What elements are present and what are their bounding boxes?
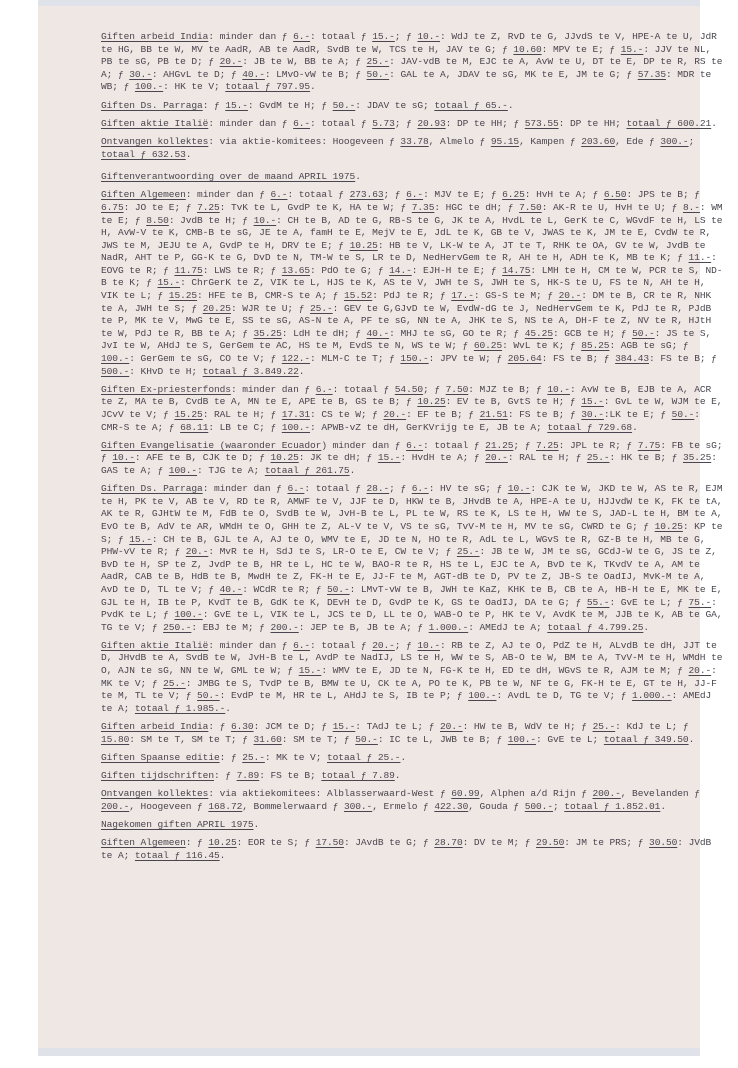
underlined-text: 29.50 (536, 837, 564, 848)
text: : AvdL te D, TG te V; ƒ (496, 690, 632, 701)
text: : ƒ (208, 721, 231, 732)
text: : HvdH te A; ƒ (400, 452, 485, 463)
underlined-text: 10.- (547, 384, 570, 395)
underlined-text: Giften Ex-priesterfonds (101, 384, 231, 395)
underlined-text: Giften Algemeen (101, 189, 186, 200)
text: : WJR te U; ƒ (231, 303, 310, 314)
text: : JvdB te H; ƒ (169, 215, 254, 226)
text: . (350, 465, 356, 476)
underlined-text: 100.- (468, 690, 496, 701)
text: ; ƒ (423, 384, 446, 395)
paragraph-giften-arbeid-india-1: Giften arbeid India: minder dan ƒ 6.-: t… (101, 31, 723, 94)
text: : MHJ te sG, GO te R; ƒ (389, 328, 525, 339)
underlined-text: 573.55 (525, 118, 559, 129)
underlined-text: Giften arbeid India (101, 721, 208, 732)
text: : ƒ (186, 837, 209, 848)
text: : PdO te G; ƒ (310, 265, 389, 276)
underlined-text: totaal ƒ 4.799.25 (547, 622, 643, 633)
text: : minder dan ƒ (231, 384, 316, 395)
paragraph-nagekomen-giften-algemeen: Giften Algemeen: ƒ 10.25: EOR te S; ƒ 17… (101, 837, 723, 862)
paragraph-giften-evangelisatie: Giften Evangelisatie (waaronder Ecuador)… (101, 440, 723, 478)
text: : GvdM te H; ƒ (248, 100, 333, 111)
underlined-text: 45.25 (525, 328, 553, 339)
underlined-text: 15.- (621, 44, 644, 55)
paragraph-giften-arbeid-india-2: Giften arbeid India: ƒ 6.30: JCM te D; ƒ… (101, 721, 723, 746)
underlined-text: 33.78 (400, 136, 428, 147)
underlined-text: Giften aktie Italië (101, 640, 208, 651)
underlined-text: 68.11 (180, 422, 208, 433)
underlined-text: totaal ƒ 729.68 (547, 422, 632, 433)
text: , Alphen a/d Rijn ƒ (480, 788, 593, 799)
text: : DP te HH; ƒ (446, 118, 525, 129)
underlined-text: 25.- (310, 303, 333, 314)
text: . (660, 801, 666, 812)
text: . (220, 850, 226, 861)
underlined-text: 50.- (367, 69, 390, 80)
underlined-text: 7.50 (519, 202, 542, 213)
paragraph-giften-aktie-italie-1: Giften aktie Italië: minder dan ƒ 6.-: t… (101, 118, 723, 131)
underlined-text: Ontvangen kollektes (101, 788, 208, 799)
underlined-text: 10.60 (513, 44, 541, 55)
underlined-text: 10.- (417, 31, 440, 42)
underlined-text: 15.- (129, 534, 152, 545)
text: : HK te V; (163, 81, 225, 92)
text: , Gouda ƒ (468, 801, 525, 812)
text: : JO te E; ƒ (124, 202, 197, 213)
underlined-text: 28.- (367, 483, 390, 494)
text: : HV te sG; ƒ (429, 483, 508, 494)
text: . (299, 366, 305, 377)
text: : totaal ƒ (287, 189, 349, 200)
text: . (186, 149, 192, 160)
text: : ƒ (203, 100, 226, 111)
underlined-text: 500.- (525, 801, 553, 812)
underlined-text: 7.89 (237, 770, 260, 781)
paragraph-giften-algemeen: Giften Algemeen: minder dan ƒ 6.-: totaa… (101, 189, 723, 378)
text: : DP te HH; (559, 118, 627, 129)
underlined-text: 6.- (287, 483, 304, 494)
text: , Bevelanden ƒ (621, 788, 700, 799)
text: : MJV te E; ƒ (423, 189, 502, 200)
text: : minder dan ƒ (208, 31, 293, 42)
underlined-text: 15.25 (174, 409, 202, 420)
text: : SM te T; ƒ (282, 734, 355, 745)
underlined-text: 100.- (101, 353, 129, 364)
underlined-text: 5.73 (372, 118, 395, 129)
underlined-text: 10.- (417, 640, 440, 651)
underlined-text: 6.- (293, 31, 310, 42)
text: : JB te W, BB te A; ƒ (242, 56, 366, 67)
text: : SM te T, SM te T; ƒ (129, 734, 253, 745)
underlined-text: totaal ƒ 116.45 (135, 850, 220, 861)
underlined-text: 50.- (355, 734, 378, 745)
underlined-text: 13.65 (282, 265, 310, 276)
underlined-text: 14.75 (502, 265, 530, 276)
underlined-text: 20.- (372, 640, 395, 651)
underlined-text: 25.- (367, 56, 390, 67)
text: : EJH-H te E; ƒ (412, 265, 502, 276)
underlined-text: 15.- (333, 721, 356, 732)
text: ; ƒ (513, 440, 536, 451)
underlined-text: 15.80 (101, 734, 129, 745)
text: : EOR te S; ƒ (237, 837, 316, 848)
text: : totaal ƒ (310, 118, 372, 129)
underlined-text: totaal ƒ 600.21 (626, 118, 711, 129)
underlined-text: 1.000.- (429, 622, 469, 633)
text: : MPV te E; ƒ (542, 44, 621, 55)
underlined-text: 20.- (384, 409, 407, 420)
underlined-text: 10.- (112, 452, 135, 463)
underlined-text: 122.- (282, 353, 310, 364)
text: . (254, 819, 260, 830)
underlined-text: 20.- (220, 56, 243, 67)
text: : ƒ (220, 752, 243, 763)
underlined-text: 21.51 (480, 409, 508, 420)
underlined-text: Giften Evangelisatie (waaronder Ecuador (101, 440, 321, 451)
underlined-text: 54.50 (395, 384, 423, 395)
underlined-text: totaal ƒ 1.852.01 (564, 801, 660, 812)
underlined-text: 50.- (672, 409, 695, 420)
underlined-text: 55.- (587, 597, 610, 608)
paragraph-giften-tijdschriften: Giften tijdschriften: ƒ 7.89: FS te B; t… (101, 770, 723, 783)
underlined-text: 20.- (485, 452, 508, 463)
underlined-text: 57.35 (638, 69, 666, 80)
underlined-text: totaal ƒ 7.89 (321, 770, 394, 781)
text: : MJZ te B; ƒ (468, 384, 547, 395)
underlined-text: 25.- (587, 452, 610, 463)
underlined-text: 6.- (406, 189, 423, 200)
text: : minder dan ƒ (203, 483, 288, 494)
underlined-text: 273.63 (350, 189, 384, 200)
underlined-text: 6.50 (604, 189, 627, 200)
underlined-text: totaal ƒ 632.53 (101, 149, 186, 160)
underlined-text: 384.43 (615, 353, 649, 364)
underlined-text: 6.- (316, 384, 333, 395)
underlined-text: 6.- (406, 440, 423, 451)
underlined-text: 7.75 (638, 440, 661, 451)
text: : GerGem te sG, CO te V; ƒ (129, 353, 282, 364)
text: : HvH te A; ƒ (525, 189, 604, 200)
text: : AGB te sG; ƒ (609, 340, 688, 351)
text: : JEP te B, JB te A; ƒ (299, 622, 429, 633)
text: , Almelo ƒ (429, 136, 491, 147)
text: : FS te B; ƒ (508, 409, 581, 420)
text: : DV te M; ƒ (463, 837, 536, 848)
underlined-text: 14.- (389, 265, 412, 276)
underlined-text: 20.- (689, 665, 712, 676)
text: : AK-R te U, HvH te U; ƒ (542, 202, 683, 213)
underlined-text: 6.- (293, 118, 310, 129)
text: : AMEdJ te A; (468, 622, 547, 633)
underlined-text: 10.25 (417, 396, 445, 407)
underlined-text: 40.- (242, 69, 265, 80)
text: : via aktie-komitees: Hoogeveen ƒ (208, 136, 400, 147)
underlined-text: 60.25 (474, 340, 502, 351)
text: ; ƒ (389, 483, 412, 494)
underlined-text: 15.- (372, 31, 395, 42)
underlined-text: 6.75 (101, 202, 124, 213)
paragraph-giften-ds-parraga-2: Giften Ds. Parraga: minder dan ƒ 6.-: to… (101, 483, 723, 634)
underlined-text: totaal ƒ 261.75 (265, 465, 350, 476)
underlined-text: 60.99 (451, 788, 479, 799)
text: : HW te B, WdV te H; ƒ (463, 721, 593, 732)
text: ; ƒ (395, 118, 418, 129)
text: : minder dan ƒ (208, 118, 293, 129)
underlined-text: 15.- (225, 100, 248, 111)
text: : GvE te L; ƒ (609, 597, 688, 608)
underlined-text: Giften Ds. Parraga (101, 483, 203, 494)
text: : LB te C; ƒ (208, 422, 281, 433)
text: . (508, 100, 514, 111)
text: : JK te dH; ƒ (299, 452, 378, 463)
underlined-text: 50.- (327, 584, 350, 595)
text: : totaal ƒ (304, 483, 366, 494)
underlined-text: 1.000.- (632, 690, 672, 701)
underlined-text: 10.- (254, 215, 277, 226)
underlined-text: 100.- (174, 609, 202, 620)
underlined-text: 20.- (440, 721, 463, 732)
underlined-text: 85.25 (581, 340, 609, 351)
underlined-text: 6.25 (502, 189, 525, 200)
text: : GAL te A, JDAV te sG, MK te E, JM te G… (389, 69, 638, 80)
underlined-text: 40.- (367, 328, 390, 339)
text: : WCdR te R; ƒ (242, 584, 327, 595)
text: . (355, 171, 361, 182)
text: . (225, 703, 231, 714)
underlined-text: 15.25 (169, 290, 197, 301)
text: : LWS te R; ƒ (203, 265, 282, 276)
underlined-text: 15.- (378, 452, 401, 463)
underlined-text: 10.25 (350, 240, 378, 251)
text: : MvR te H, SdJ te S, LR-O te E, CW te V… (208, 546, 457, 557)
text: . (400, 752, 406, 763)
text: : JDAV te sG; (355, 100, 434, 111)
text: : WvL te K; ƒ (502, 340, 581, 351)
underlined-text: Giften Algemeen (101, 837, 186, 848)
text: ; (689, 136, 695, 147)
text: : minder dan ƒ (208, 640, 293, 651)
underlined-text: totaal ƒ 65.- (434, 100, 507, 111)
underlined-text: Giften tijdschriften (101, 770, 214, 781)
typed-page: Giften arbeid India: minder dan ƒ 6.-: t… (38, 0, 700, 1056)
underlined-text: 168.72 (208, 801, 242, 812)
underlined-text: 25.- (163, 678, 186, 689)
underlined-text: Giftenverantwoording over de maand APRIL… (101, 171, 355, 182)
text: : RAL te H; ƒ (203, 409, 282, 420)
underlined-text: 15.52 (344, 290, 372, 301)
underlined-text: 200.- (101, 801, 129, 812)
underlined-text: 40.- (220, 584, 243, 595)
underlined-text: 28.70 (434, 837, 462, 848)
text: : RAL te H; ƒ (508, 452, 587, 463)
text: . (395, 770, 401, 781)
text: : JPL te R; ƒ (559, 440, 638, 451)
text: :LK te E; ƒ (604, 409, 672, 420)
text: : GvE te L; (536, 734, 604, 745)
underlined-text: Giften arbeid India (101, 31, 208, 42)
paragraph-ontvangen-kollektes-2: Ontvangen kollektes: via aktiekomitees: … (101, 788, 723, 813)
underlined-text: 150.- (400, 353, 428, 364)
text: : AFE te B, CJK te D; ƒ (135, 452, 271, 463)
text: ; ƒ (384, 189, 407, 200)
paragraph-giften-spaanse-editie: Giften Spaanse editie: ƒ 25.-: MK te V; … (101, 752, 723, 765)
underlined-text: 35.25 (254, 328, 282, 339)
underlined-text: 10.- (508, 483, 531, 494)
underlined-text: 25.- (593, 721, 616, 732)
underlined-text: 20.- (559, 290, 582, 301)
underlined-text: 200.- (593, 788, 621, 799)
underlined-text: 30.- (129, 69, 152, 80)
underlined-text: 95.15 (491, 136, 519, 147)
underlined-text: 15.- (581, 396, 604, 407)
underlined-text: 15.- (299, 665, 322, 676)
underlined-text: 75.- (689, 597, 712, 608)
underlined-text: 20.- (186, 546, 209, 557)
text: : JPS te B; ƒ (626, 189, 699, 200)
text: ) minder dan ƒ (321, 440, 406, 451)
text: : APWB-vZ te dH, GerKVrijg te E, JB te A… (310, 422, 547, 433)
text: : totaal ƒ (423, 440, 485, 451)
text: : WMV te E, JD te N, FG-K te H, ED te dH… (321, 665, 688, 676)
text: : LMvO-vW te B; ƒ (265, 69, 367, 80)
text: : IC te L, JWB te B; ƒ (378, 734, 508, 745)
document-body: Giften arbeid India: minder dan ƒ 6.-: t… (101, 31, 723, 868)
text: . (711, 118, 717, 129)
text: . (632, 422, 638, 433)
underlined-text: 100.- (169, 465, 197, 476)
text: : minder dan ƒ (186, 189, 271, 200)
underlined-text: 50.- (197, 690, 220, 701)
text: : TvK te L, GvdP te K, HA te W; ƒ (220, 202, 412, 213)
underlined-text: 200.- (270, 622, 298, 633)
text: : JCM te D; ƒ (254, 721, 333, 732)
text: : totaal ƒ (310, 640, 372, 651)
underlined-text: 30.- (581, 409, 604, 420)
underlined-text: 500.- (101, 366, 129, 377)
text: : TJG te A; (197, 465, 265, 476)
text: : FS te B; (259, 770, 321, 781)
text: ; ƒ (395, 31, 418, 42)
text: : ƒ (214, 770, 237, 781)
underlined-text: 203.60 (581, 136, 615, 147)
underlined-text: 8.- (683, 202, 700, 213)
text: : via aktiekomitees: Alblasserwaard-West… (208, 788, 451, 799)
underlined-text: Giften aktie Italië (101, 118, 208, 129)
underlined-text: 25.- (242, 752, 265, 763)
underlined-text: totaal ƒ 797.95 (225, 81, 310, 92)
paragraph-giften-ds-parraga-1: Giften Ds. Parraga: ƒ 15.-: GvdM te H; ƒ… (101, 100, 723, 113)
text: : EvdP te M, HR te L, AHdJ te S, IB te P… (220, 690, 469, 701)
underlined-text: Giften Ds. Parraga (101, 100, 203, 111)
underlined-text: 7.25 (197, 202, 220, 213)
underlined-text: 17.31 (282, 409, 310, 420)
underlined-text: 11.75 (174, 265, 202, 276)
underlined-text: Nagekomen giften APRIL 1975 (101, 819, 254, 830)
paragraph-heading-nagekomen-giften: Nagekomen giften APRIL 1975. (101, 819, 723, 832)
text: : JAvdB te G; ƒ (344, 837, 434, 848)
underlined-text: totaal ƒ 1.985.- (135, 703, 225, 714)
underlined-text: 100.- (282, 422, 310, 433)
text: : KHvD te H; (129, 366, 202, 377)
underlined-text: 205.64 (508, 353, 542, 364)
text: : EV te B, GvtS te H; ƒ (446, 396, 582, 407)
underlined-text: 10.25 (208, 837, 236, 848)
text: : JPV te W; ƒ (429, 353, 508, 364)
underlined-text: 25.- (457, 546, 480, 557)
underlined-text: 50.- (632, 328, 655, 339)
text: : totaal ƒ (333, 384, 395, 395)
underlined-text: 7.25 (536, 440, 559, 451)
underlined-text: 50.- (333, 100, 356, 111)
underlined-text: 300.- (344, 801, 372, 812)
text: : HFE te B, CMR-S te A; ƒ (197, 290, 344, 301)
text: ; ƒ (395, 640, 418, 651)
text: : HGC te dH; ƒ (434, 202, 519, 213)
underlined-text: 6.30 (231, 721, 254, 732)
underlined-text: Ontvangen kollektes (101, 136, 208, 147)
paragraph-heading-april-1975: Giftenverantwoording over de maand APRIL… (101, 171, 723, 184)
paragraph-ontvangen-kollektes-1: Ontvangen kollektes: via aktie-komitees:… (101, 136, 723, 161)
text: : AHGvL te D; ƒ (152, 69, 242, 80)
underlined-text: 8.50 (146, 215, 169, 226)
text: : JM te PRS; ƒ (564, 837, 649, 848)
text: . (643, 622, 649, 633)
underlined-text: 17.50 (316, 837, 344, 848)
underlined-text: 6.- (412, 483, 429, 494)
underlined-text: 20.93 (417, 118, 445, 129)
underlined-text: 17.- (451, 290, 474, 301)
text: : CS te W; ƒ (310, 409, 383, 420)
underlined-text: 7.35 (412, 202, 435, 213)
underlined-text: Giften Spaanse editie (101, 752, 220, 763)
underlined-text: 31.60 (254, 734, 282, 745)
paragraph-giften-ex-priesterfonds: Giften Ex-priesterfonds: minder dan ƒ 6.… (101, 384, 723, 434)
text: . (310, 81, 316, 92)
underlined-text: 20.25 (203, 303, 231, 314)
underlined-text: totaal ƒ 349.50 (604, 734, 689, 745)
underlined-text: 250.- (163, 622, 191, 633)
paragraph-giften-aktie-italie-2: Giften aktie Italië: minder dan ƒ 6.-: t… (101, 640, 723, 716)
underlined-text: totaal ƒ 3.849.22 (203, 366, 299, 377)
underlined-text: 300.- (660, 136, 688, 147)
text: : LdH te dH; ƒ (282, 328, 367, 339)
underlined-text: 35.25 (683, 452, 711, 463)
underlined-text: 6.- (271, 189, 288, 200)
text: : GCB te H; ƒ (553, 328, 632, 339)
text: , Bommelerwaard ƒ (242, 801, 344, 812)
text: . (689, 734, 695, 745)
underlined-text: totaal ƒ 25.- (327, 752, 400, 763)
text: , Hoogeveen ƒ (129, 801, 208, 812)
underlined-text: 15.- (158, 277, 181, 288)
text: : PdJ te R; ƒ (372, 290, 451, 301)
underlined-text: 11.- (689, 252, 712, 263)
text: : MK te V; (265, 752, 327, 763)
text: , Kampen ƒ (519, 136, 581, 147)
text: : EBJ te M; ƒ (191, 622, 270, 633)
text: : MLM-C te T; ƒ (310, 353, 400, 364)
underlined-text: 21.25 (485, 440, 513, 451)
text: : KdJ te L; ƒ (615, 721, 688, 732)
text: : TAdJ te L; ƒ (355, 721, 440, 732)
text: , Ermelo ƒ (372, 801, 434, 812)
text: : HK te B; ƒ (610, 452, 683, 463)
text: : FS te B; ƒ (542, 353, 615, 364)
underlined-text: 100.- (135, 81, 163, 92)
underlined-text: 10.25 (271, 452, 299, 463)
underlined-text: 100.- (508, 734, 536, 745)
underlined-text: 422.30 (434, 801, 468, 812)
